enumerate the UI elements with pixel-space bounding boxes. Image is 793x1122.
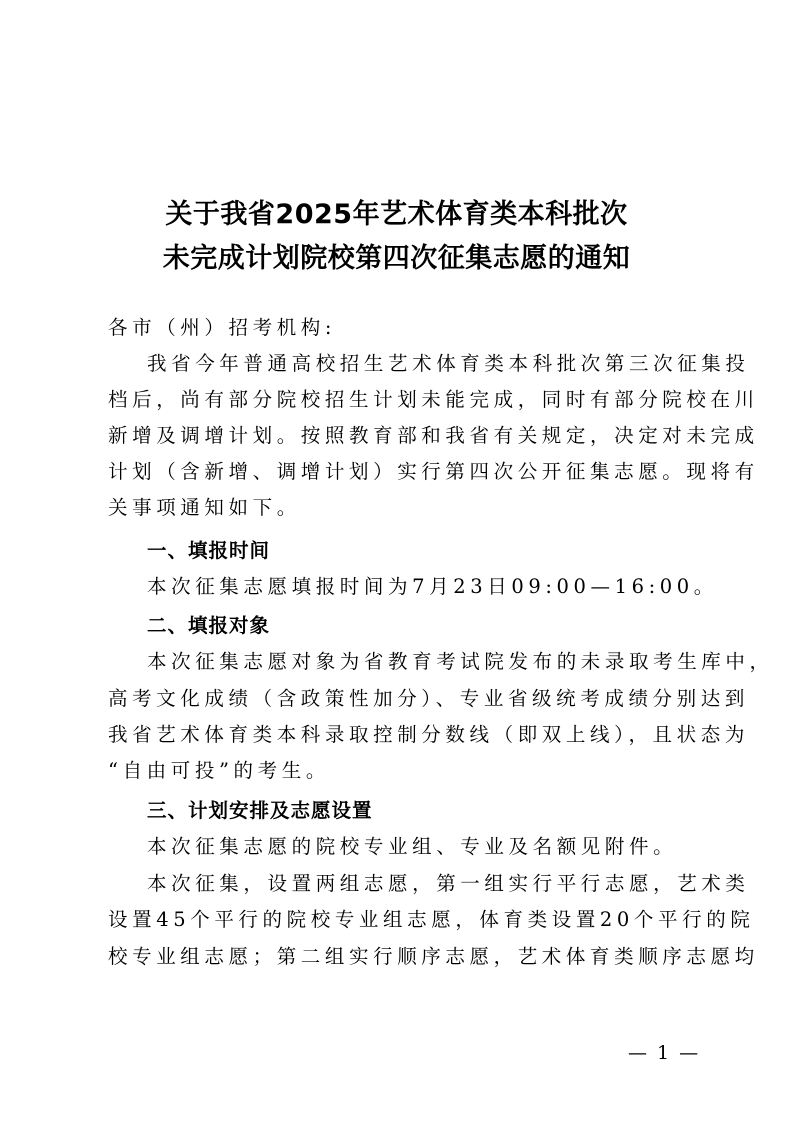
intro-line: 新增及调增计划。按照教育部和我省有关规定，决定对未完成 xyxy=(108,423,694,449)
document-title-line-2: 未完成计划院校第四次征集志愿的通知 xyxy=(0,237,793,281)
intro-line: 关事项通知如下。 xyxy=(108,495,694,521)
section-text: “自由可投”的考生。 xyxy=(108,758,694,784)
section-text: 设置45个平行的院校专业组志愿，体育类设置20个平行的院 xyxy=(108,907,694,933)
salutation: 各市（州）招考机构: xyxy=(108,315,694,341)
intro-line: 我省今年普通高校招生艺术体育类本科批次第三次征集投 xyxy=(147,351,694,377)
intro-line: 档后，尚有部分院校招生计划未能完成，同时有部分院校在川 xyxy=(108,387,694,413)
section-text: 我省艺术体育类本科录取控制分数线（即双上线），且状态为 xyxy=(108,722,694,748)
document-title-line-1: 关于我省2025年艺术体育类本科批次 xyxy=(0,193,793,237)
intro-line: 计划（含新增、调增计划）实行第四次公开征集志愿。现将有 xyxy=(108,459,694,485)
section-text: 本次征集，设置两组志愿，第一组实行平行志愿，艺术类 xyxy=(147,871,694,897)
section-text: 本次征集志愿的院校专业组、专业及名额见附件。 xyxy=(147,834,694,860)
section-text: 校专业组志愿；第二组实行顺序志愿，艺术体育类顺序志愿均 xyxy=(108,944,694,970)
section-heading-plan: 三、计划安排及志愿设置 xyxy=(147,798,694,824)
section-text: 本次征集志愿填报时间为7月23日09:00—16:00。 xyxy=(147,574,694,600)
section-heading-time: 一、填报时间 xyxy=(147,538,694,564)
section-text: 本次征集志愿对象为省教育考试院发布的未录取考生库中， xyxy=(147,649,694,675)
section-heading-target: 二、填报对象 xyxy=(147,613,694,639)
section-text: 高考文化成绩（含政策性加分）、专业省级统考成绩分别达到 xyxy=(108,686,694,712)
page-number: — 1 — xyxy=(628,1042,700,1064)
